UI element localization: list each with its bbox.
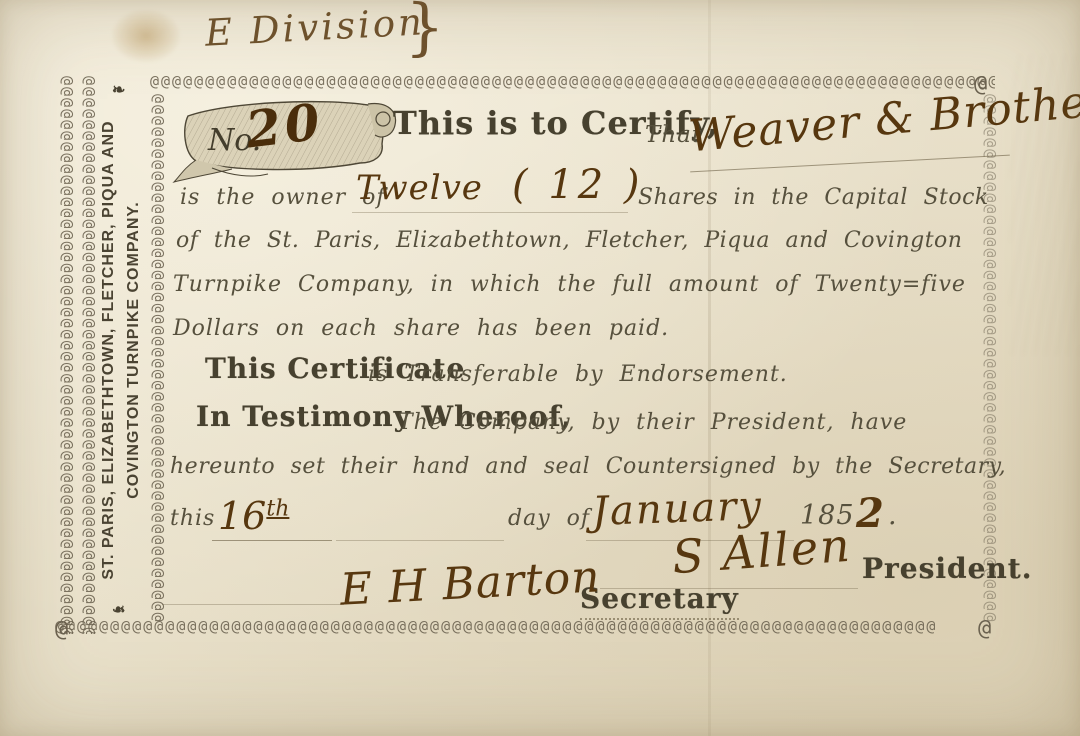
date-blank-rule: [336, 540, 504, 541]
secretary-signature-line: [162, 604, 344, 605]
secretary-title: Secretary: [580, 582, 739, 620]
owner-prefix: is the owner of: [180, 185, 386, 210]
paid-line: Dollars on each share has been paid.: [173, 316, 669, 341]
date-period: .: [888, 500, 898, 531]
president-title: President.: [862, 552, 1032, 585]
testimony-text: The Company, by their President, have: [398, 410, 907, 435]
shares-figure-handwritten: ( 12 ): [512, 162, 644, 208]
date-day-handwritten: 16th: [218, 494, 289, 538]
date-day: 16: [218, 494, 266, 538]
certificate-number: 20: [243, 91, 327, 159]
date-this: this: [170, 506, 215, 531]
amount-line: Turnpike Company, in which the full amou…: [173, 272, 966, 297]
border-company-line2: COVINGTON TURNPIKE COMPANY.: [121, 80, 146, 620]
date-of: day of: [508, 506, 590, 531]
date-year-digit-handwritten: 2: [856, 490, 884, 537]
date-day-suffix: th: [266, 496, 289, 521]
border-chain-bottom: @@@@@@@@@@@@@@@@@@@@@@@@@@@@@@@@@@@@@@@@…: [55, 619, 997, 639]
shares-underline: [352, 212, 628, 213]
brace-mark: }: [404, 0, 448, 64]
owner-suffix: Shares in the Capital Stock: [638, 185, 989, 210]
border-company-title: ST. PARIS, ELIZABETHTOWN, FLETCHER, PIQU…: [96, 80, 148, 620]
certificate-text: is Transferable by Endorsement.: [368, 362, 788, 387]
border-chain-left-mid: @@@@@@@@@@@@@@@@@@@@@@@@@@@@@@@@@@@@@@@@…: [77, 76, 97, 634]
fleuron-icon: ❧: [112, 600, 125, 620]
company-line: of the St. Paris, Elizabethtown, Fletche…: [176, 228, 962, 253]
spiral-ornament-icon: @: [978, 616, 991, 641]
spiral-ornament-icon: @: [55, 617, 68, 642]
border-chain-left-outer: @@@@@@@@@@@@@@@@@@@@@@@@@@@@@@@@@@@@@@@@…: [55, 76, 75, 634]
border-chain-right: @@@@@@@@@@@@@@@@@@@@@@@@@@@@@@@@@@@@@@@@…: [980, 94, 998, 622]
border-chain-left-inner: @@@@@@@@@@@@@@@@@@@@@@@@@@@@@@@@@@@@@@@@…: [146, 94, 166, 622]
fleuron-icon: ❧: [112, 80, 125, 100]
border-company-line1: ST. PARIS, ELIZABETHTOWN, FLETCHER, PIQU…: [96, 80, 121, 620]
shares-word-handwritten: Twelve: [356, 168, 483, 208]
border-chain-top: @@@@@@@@@@@@@@@@@@@@@@@@@@@@@@@@@@@@@@@@…: [150, 74, 995, 94]
paper-stain: [112, 10, 180, 62]
date-day-underline: [212, 540, 332, 541]
testimony-text2: hereunto set their hand and seal Counter…: [170, 454, 1006, 479]
